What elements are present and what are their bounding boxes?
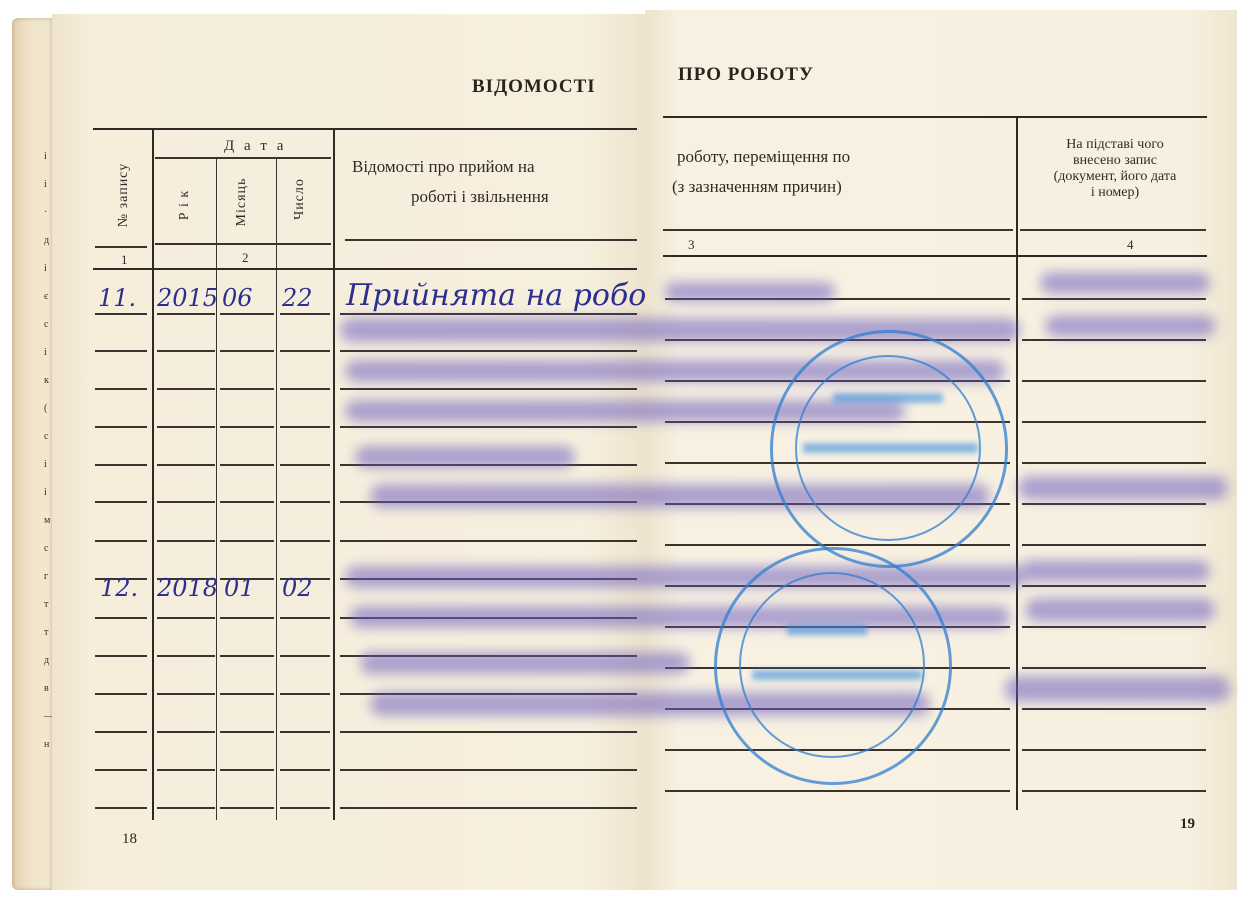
col-divider-2 xyxy=(333,128,335,820)
colnum-rule-2 xyxy=(155,243,331,245)
row-rule xyxy=(157,655,215,657)
page-title-left: ВІДОМОСТІ xyxy=(472,76,596,98)
row-rule xyxy=(280,617,330,619)
entry-11-month: 06 xyxy=(222,284,253,312)
row-rule xyxy=(95,540,147,542)
header-date-group: Д а т а xyxy=(224,134,286,159)
header-col3-left-line1: Відомості про прийом на xyxy=(352,154,534,179)
row-rule xyxy=(157,540,215,542)
header-year: Р і к xyxy=(177,170,193,240)
entry-11-year: 2015 xyxy=(157,284,218,312)
entry-12-year: 2018 xyxy=(157,574,218,602)
row-rule xyxy=(1022,503,1206,505)
header-record-number: № запису xyxy=(116,155,132,235)
header-col3-right-line1: роботу, переміщення по xyxy=(677,144,850,169)
entry-12-day: 02 xyxy=(282,574,313,602)
row-rule xyxy=(340,769,637,771)
entry-12-number: 12. xyxy=(100,574,138,602)
table-top-rule-left xyxy=(93,128,637,130)
header-col4-line3: (документ, його дата xyxy=(1022,169,1208,185)
row-rule xyxy=(220,693,274,695)
column-number-1: 1 xyxy=(121,252,128,268)
header-col4-line4: і номер) xyxy=(1022,185,1208,201)
col-divider-3 xyxy=(1016,116,1018,810)
row-rule xyxy=(1022,585,1206,587)
row-rule xyxy=(220,540,274,542)
row-rule xyxy=(280,426,330,428)
page-title-right: ПРО РОБОТУ xyxy=(678,64,814,86)
header-col4-line1: На підставі чого xyxy=(1022,137,1208,153)
row-rule xyxy=(340,807,637,809)
row-rule xyxy=(157,350,215,352)
header-col3-right-line2: (з зазначенням причин) xyxy=(672,174,842,199)
row-rule xyxy=(1022,544,1206,546)
column-number-4: 4 xyxy=(1127,237,1134,253)
row-rule xyxy=(157,313,215,315)
row-rule xyxy=(220,731,274,733)
row-rule xyxy=(1022,380,1206,382)
row-rule xyxy=(157,617,215,619)
row-rule xyxy=(1022,298,1206,300)
row-rule xyxy=(95,693,147,695)
row-rule xyxy=(665,790,1010,792)
row-rule xyxy=(220,807,274,809)
row-rule xyxy=(157,807,215,809)
header-month: Місяць xyxy=(234,167,250,237)
official-seal-stamp-2 xyxy=(714,547,952,785)
row-rule xyxy=(280,540,330,542)
row-rule xyxy=(1022,667,1206,669)
column-number-3: 3 xyxy=(688,237,695,253)
table-top-rule-right xyxy=(663,116,1207,118)
row-rule xyxy=(220,350,274,352)
row-rule xyxy=(1022,339,1206,341)
row-rule xyxy=(280,464,330,466)
row-rule xyxy=(1022,749,1206,751)
page-number-left: 18 xyxy=(122,831,137,848)
colnum-rule-3-right xyxy=(663,229,1013,231)
col-divider-month xyxy=(276,158,277,820)
header-bottom-rule-right xyxy=(663,255,1207,257)
row-rule xyxy=(95,769,147,771)
row-rule xyxy=(220,655,274,657)
row-rule xyxy=(95,350,147,352)
entry-11-day: 22 xyxy=(282,284,313,312)
row-rule xyxy=(220,769,274,771)
row-rule xyxy=(280,350,330,352)
header-col4-line2: внесено запис xyxy=(1022,153,1208,169)
row-rule xyxy=(280,807,330,809)
row-rule xyxy=(220,426,274,428)
row-rule xyxy=(280,388,330,390)
row-rule xyxy=(157,501,215,503)
row-rule xyxy=(280,693,330,695)
row-rule xyxy=(95,426,147,428)
row-rule xyxy=(220,501,274,503)
row-rule xyxy=(1022,626,1206,628)
column-number-2: 2 xyxy=(242,250,249,266)
row-rule xyxy=(340,540,637,542)
row-rule xyxy=(340,731,637,733)
entry-12-month: 01 xyxy=(224,574,255,602)
page-number-right: 19 xyxy=(1180,816,1195,833)
row-rule xyxy=(95,313,147,315)
colnum-rule-3-left xyxy=(345,239,637,241)
row-rule xyxy=(220,388,274,390)
row-rule xyxy=(157,693,215,695)
row-rule xyxy=(220,464,274,466)
row-rule xyxy=(1022,708,1206,710)
row-rule xyxy=(95,388,147,390)
row-rule xyxy=(157,426,215,428)
row-rule xyxy=(280,313,330,315)
header-bottom-rule-left xyxy=(93,268,637,270)
col-divider-1 xyxy=(152,128,154,820)
row-rule xyxy=(340,388,637,390)
row-rule xyxy=(95,655,147,657)
colnum-rule-4 xyxy=(1020,229,1206,231)
official-seal-stamp-1 xyxy=(770,330,1008,568)
col-divider-year xyxy=(216,158,217,820)
row-rule xyxy=(280,655,330,657)
row-rule xyxy=(1022,790,1206,792)
row-rule xyxy=(95,464,147,466)
row-rule xyxy=(340,350,637,352)
header-day: Число xyxy=(292,164,308,234)
header-col4: На підставі чого внесено запис (документ… xyxy=(1022,137,1208,201)
row-rule xyxy=(280,731,330,733)
row-rule xyxy=(157,388,215,390)
row-rule xyxy=(95,731,147,733)
row-rule xyxy=(220,617,274,619)
entry-11-text: Прийнята на роботу xyxy=(346,278,692,313)
header-col3-left-line2: роботі і звільнення xyxy=(411,184,549,209)
row-rule xyxy=(1022,462,1206,464)
row-rule xyxy=(95,807,147,809)
row-rule xyxy=(157,731,215,733)
row-rule xyxy=(220,313,274,315)
row-rule xyxy=(95,617,147,619)
row-rule xyxy=(340,426,637,428)
row-rule xyxy=(340,313,637,315)
row-rule xyxy=(95,501,147,503)
row-rule xyxy=(1022,421,1206,423)
colnum-rule-1 xyxy=(95,246,147,248)
row-rule xyxy=(280,501,330,503)
row-rule xyxy=(157,464,215,466)
row-rule xyxy=(157,769,215,771)
row-rule xyxy=(280,769,330,771)
entry-11-number: 11. xyxy=(98,284,136,312)
